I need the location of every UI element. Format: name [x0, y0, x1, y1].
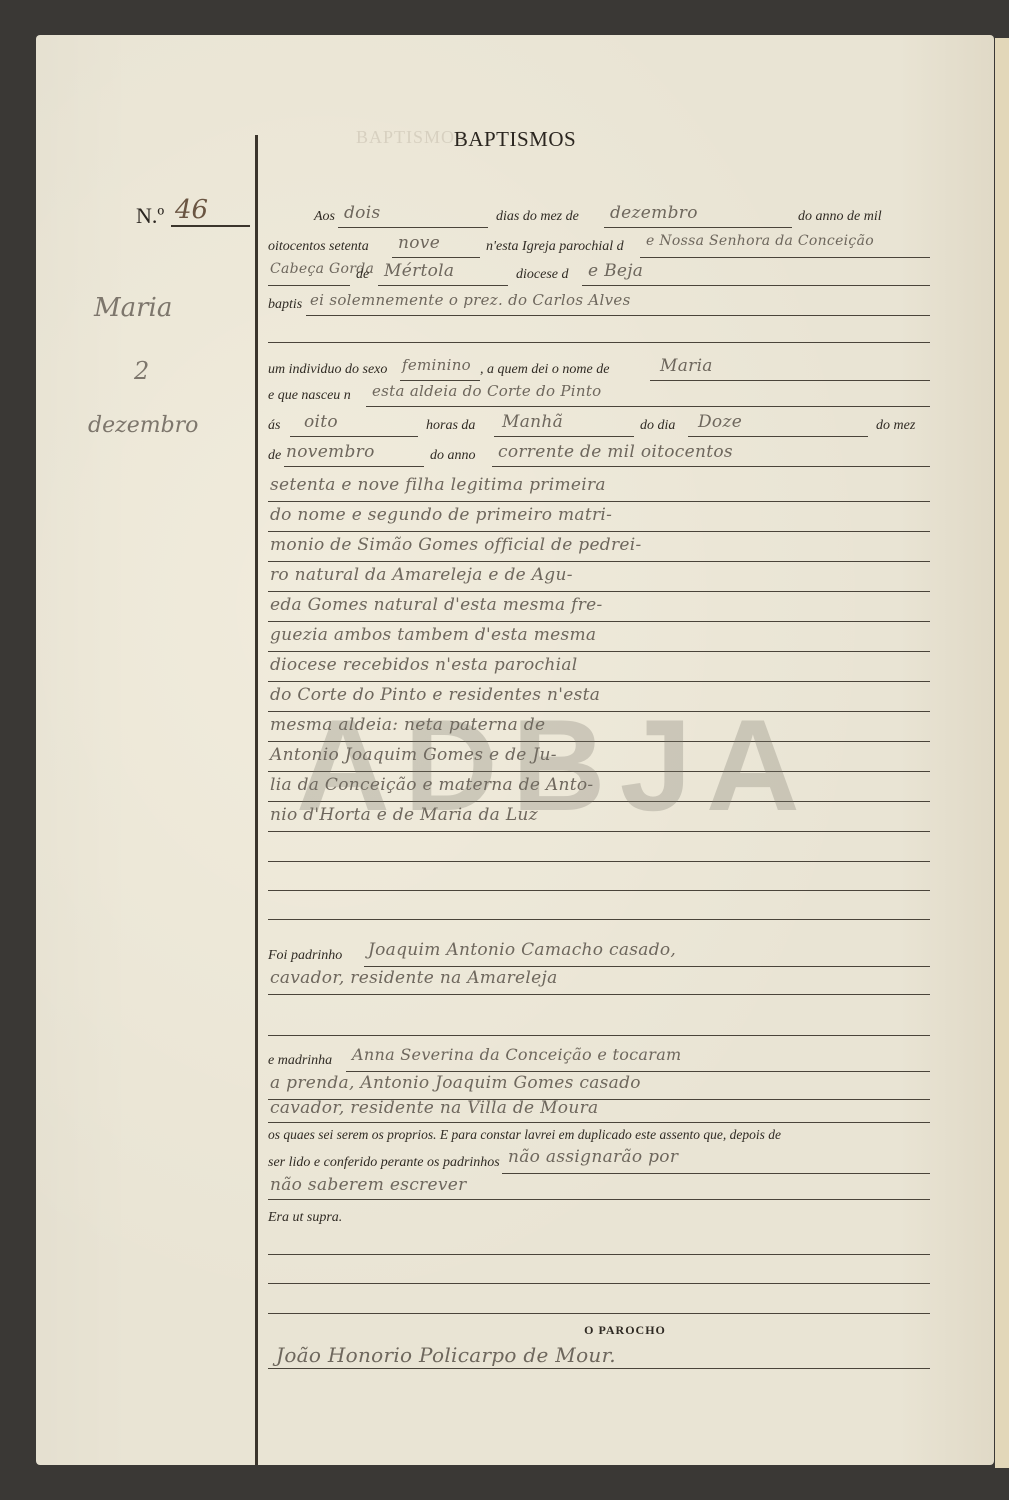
- adjacent-page-edge: [995, 38, 1009, 1468]
- narrative-line: eda Gomes natural d'esta mesma fre-: [268, 595, 930, 627]
- label-diocese: diocese d: [516, 267, 568, 283]
- margin-rule: [255, 135, 258, 1465]
- parocho-label: O PAROCHO: [146, 1323, 1009, 1338]
- value-madrinha-1: Anna Severina da Conceição e tocaram: [352, 1045, 682, 1064]
- margin-day: 2: [134, 357, 149, 385]
- label-igreja: n'esta Igreja parochial d: [486, 239, 624, 255]
- value-periodo: Manhã: [502, 412, 563, 432]
- blank-line: [268, 890, 930, 891]
- value-do-anno: corrente de mil oitocentos: [498, 442, 733, 462]
- narrative-line: ro natural da Amareleja e de Agu-: [268, 565, 930, 597]
- margin-month: dezembro: [88, 413, 198, 438]
- blank-line: [268, 861, 930, 862]
- margin-name: Maria: [94, 293, 172, 323]
- value-mez: dezembro: [610, 203, 698, 223]
- label-nome: , a quem dei o nome de: [480, 362, 609, 378]
- label-horas: horas da: [426, 418, 475, 434]
- value-horas: oito: [304, 412, 338, 432]
- entry-number-label: N.º: [136, 203, 164, 229]
- value-assinatura: não assignarão por: [508, 1147, 678, 1167]
- blank-line: [268, 342, 930, 343]
- label-mez: do mez: [876, 418, 915, 434]
- narrative-line: setenta e nove filha legitima primeira: [268, 475, 930, 507]
- register-page: BAPTISMOS BAPTISMOS N.º 46 Maria 2 dezem…: [36, 35, 994, 1465]
- archive-watermark: ADBJA: [296, 690, 814, 840]
- padrinho-line: cavador, residente na Amareleja: [268, 968, 930, 1000]
- blank-line: [268, 1035, 930, 1036]
- value-diocese: e Beja: [588, 261, 643, 281]
- blank-line: [268, 919, 930, 920]
- label-madrinha: e madrinha: [268, 1053, 332, 1069]
- label-padrinho: Foi padrinho: [268, 948, 342, 964]
- value-mez-nasc: novembro: [286, 442, 375, 462]
- value-concelho: Mértola: [384, 261, 454, 281]
- label-dias: dias do mez de: [496, 209, 579, 225]
- label-de: de: [268, 448, 281, 464]
- narrative-line: diocese recebidos n'esta parochial: [268, 655, 930, 687]
- label-baptis: baptis: [268, 297, 302, 313]
- narrative-line: do nome e segundo de primeiro matri-: [268, 505, 930, 537]
- blank-line: [268, 1283, 930, 1284]
- narrative-line: monio de Simão Gomes official de pedrei-: [268, 535, 930, 567]
- value-dia: Doze: [698, 412, 742, 432]
- label-aos: Aos: [314, 209, 335, 225]
- parocho-signature: João Honorio Policarpo de Mour.: [276, 1343, 616, 1367]
- label-conferido: ser lido e conferido perante os padrinho…: [268, 1155, 500, 1171]
- label-dia: do dia: [640, 418, 675, 434]
- blank-line: [268, 1313, 930, 1314]
- blank-line: [268, 1254, 930, 1255]
- value-anno: nove: [398, 233, 440, 253]
- narrative-line: guezia ambos tambem d'esta mesma: [268, 625, 930, 657]
- value-nome: Maria: [660, 356, 713, 376]
- closing-line: não saberem escrever: [268, 1175, 930, 1207]
- label-oitocentos: oitocentos setenta: [268, 239, 369, 255]
- value-nasceu: esta aldeia do Corte do Pinto: [372, 382, 602, 400]
- era-ut-supra: Era ut supra.: [268, 1210, 342, 1226]
- label-anno: do anno de mil: [798, 209, 882, 225]
- value-aos: dois: [344, 203, 380, 223]
- label-as: ás: [268, 418, 280, 434]
- value-sexo: feminino: [402, 356, 471, 374]
- entry-number: 46: [171, 195, 250, 227]
- page-title: BAPTISMOS: [36, 127, 994, 152]
- label-do-anno: do anno: [430, 448, 476, 464]
- value-padrinho-1: Joaquim Antonio Camacho casado,: [368, 940, 676, 960]
- label-concelho: de: [356, 267, 369, 283]
- closing-text: os quaes sei serem os proprios. E para c…: [268, 1127, 781, 1143]
- value-baptis: ei solemnemente o prez. do Carlos Alves: [310, 291, 631, 309]
- value-igreja: e Nossa Senhora da Conceição: [646, 233, 874, 249]
- madrinha-line: cavador, residente na Villa de Moura: [268, 1098, 930, 1130]
- label-sexo: um individuo do sexo: [268, 362, 387, 378]
- label-nasceu: e que nasceu n: [268, 388, 351, 404]
- signature-line: [268, 1368, 930, 1369]
